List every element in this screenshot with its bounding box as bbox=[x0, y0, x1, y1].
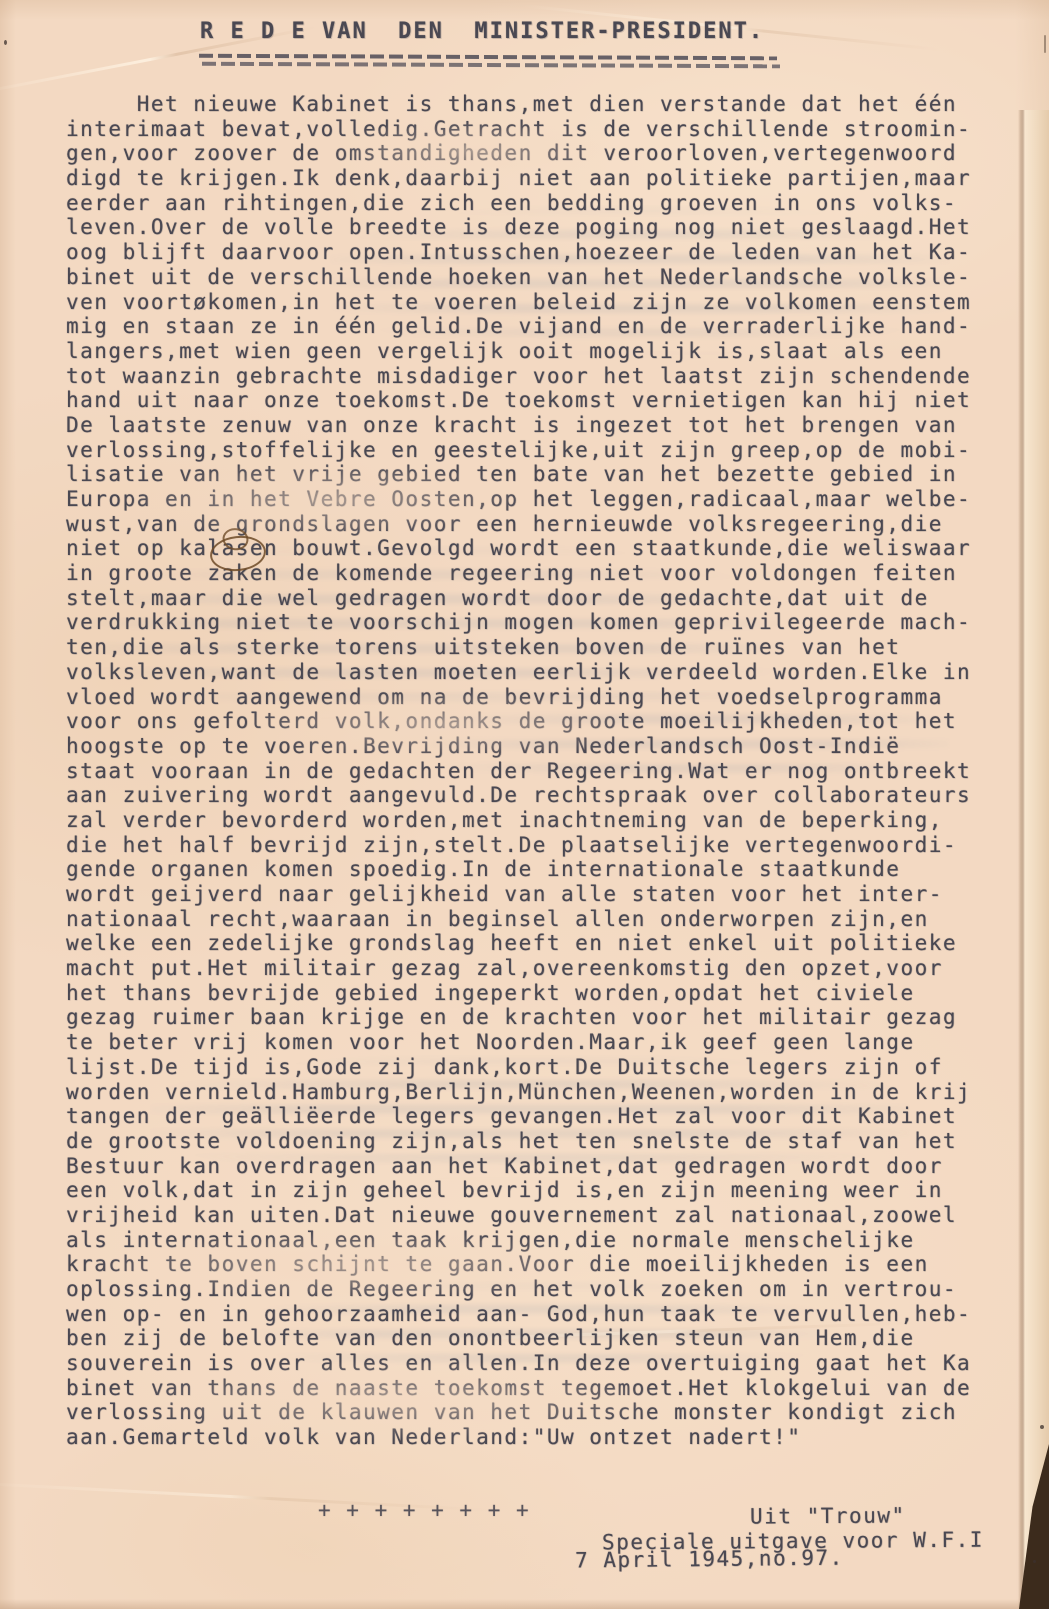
ink-speck bbox=[4, 40, 7, 45]
text-line: stelt,maar die wel gedragen wordt door d… bbox=[66, 586, 1026, 611]
text-line: binet van thans de naaste toekomst tegem… bbox=[66, 1376, 1026, 1401]
text-line: wust,van de grondslagen voor een hernieu… bbox=[66, 512, 1026, 537]
text-line: nationaal recht,waaraan in beginsel alle… bbox=[66, 907, 1026, 932]
text-line: interimaat bevat,volledig.Getracht is de… bbox=[66, 117, 1026, 142]
text-line: oplossing.Indien de Regeering en het vol… bbox=[66, 1277, 1026, 1302]
text-line: tot waanzin gebrachte misdadiger voor he… bbox=[66, 364, 1026, 389]
text-line: staat vooraan in de gedachten der Regeer… bbox=[66, 759, 1026, 784]
underline-dash-row bbox=[202, 62, 780, 69]
text-line: Bestuur kan overdragen aan het Kabinet,d… bbox=[66, 1154, 1026, 1179]
text-line: als internationaal,een taak krijgen,die … bbox=[66, 1228, 1026, 1253]
text-line: verlossing,stoffelijke en geestelijke,ui… bbox=[66, 438, 1026, 463]
text-line: leven.Over de volle breedte is deze pogi… bbox=[66, 215, 1026, 240]
text-line: aan.Gemarteld volk van Nederland:"Uw ont… bbox=[66, 1425, 1026, 1450]
text-line: lijst.De tijd is,Gode zij dank,kort.De D… bbox=[66, 1055, 1026, 1080]
text-line: de grootste voldoening zijn,als het ten … bbox=[66, 1129, 1026, 1154]
text-line: ten,die als sterke torens uitsteken bove… bbox=[66, 635, 1026, 660]
underline-dash-row bbox=[199, 54, 777, 61]
text-line: welke een zedelijke grondslag heeft en n… bbox=[66, 931, 1026, 956]
text-line: oog blijft daarvoor open.Intusschen,hoez… bbox=[66, 240, 1026, 265]
text-line: in groote zaken de komende regeering nie… bbox=[66, 561, 1026, 586]
text-line: voor ons gefolterd volk,ondanks de groot… bbox=[66, 709, 1026, 734]
text-line: zal verder bevorderd worden,met inachtne… bbox=[66, 808, 1026, 833]
text-line: ven voortøkomen,in het te voeren beleid … bbox=[66, 290, 1026, 315]
text-line: volksleven,want de lasten moeten eerlijk… bbox=[66, 660, 1026, 685]
text-line: wen op- en in gehoorzaamheid aan- God,hu… bbox=[66, 1302, 1026, 1327]
text-line: De laatste zenuw van onze kracht is inge… bbox=[66, 413, 1026, 438]
body-text: Het nieuwe Kabinet is thans,met dien ver… bbox=[66, 92, 1026, 1450]
text-line: wordt geijverd naar gelijkheid van alle … bbox=[66, 882, 1026, 907]
scan-background-corner bbox=[1019, 1444, 1049, 1609]
text-line: vloed wordt aangewend om na de bevrijdin… bbox=[66, 685, 1026, 710]
ink-speck bbox=[1033, 1560, 1036, 1563]
text-line: gezag ruimer baan krijge en de krachten … bbox=[66, 1005, 1026, 1030]
edge-mark bbox=[1044, 35, 1046, 53]
text-line: verlossing uit de klauwen van het Duitsc… bbox=[66, 1400, 1026, 1425]
footer-source: Uit "Trouw" bbox=[750, 1503, 906, 1528]
text-line: langers,met wien geen vergelijk ooit mog… bbox=[66, 339, 1026, 364]
text-line: het thans bevrijde gebied ingeperkt word… bbox=[66, 981, 1026, 1006]
separator-crosses: + + + + + + + + bbox=[318, 1498, 530, 1522]
text-line: lisatie van het vrije gebied ten bate va… bbox=[66, 462, 1026, 487]
text-line: gende organen komen spoedig.In de intern… bbox=[66, 857, 1026, 882]
text-line: gen,voor zoover de omstandigheden dit ve… bbox=[66, 141, 1026, 166]
text-line: een volk,dat in zijn geheel bevrijd is,e… bbox=[66, 1178, 1026, 1203]
text-line: verdrukking niet te voorschijn mogen kom… bbox=[66, 610, 1026, 635]
document-page: R E D E VAN DEN MINISTER-PRESIDENT. Het … bbox=[0, 0, 1049, 1609]
text-line: hoogste op te voeren.Bevrijding van Nede… bbox=[66, 734, 1026, 759]
text-line: souverein is over alles en allen.In deze… bbox=[66, 1351, 1026, 1376]
text-line: hand uit naar onze toekomst.De toekomst … bbox=[66, 388, 1026, 413]
text-line: Europa en in het Vebre Oosten,op het leg… bbox=[66, 487, 1026, 512]
text-line: digd te krijgen.Ik denk,daarbij niet aan… bbox=[66, 166, 1026, 191]
text-line: binet uit de verschillende hoeken van he… bbox=[66, 265, 1026, 290]
text-line: Het nieuwe Kabinet is thans,met dien ver… bbox=[66, 92, 1026, 117]
text-line: mig en staan ze in één gelid.De vijand e… bbox=[66, 314, 1026, 339]
text-line: vrijheid kan uiten.Dat nieuwe gouverneme… bbox=[66, 1203, 1026, 1228]
text-line: tangen der geälliëerde legers gevangen.H… bbox=[66, 1104, 1026, 1129]
text-line: eerder aan rihtingen,die zich een beddin… bbox=[66, 191, 1026, 216]
ink-speck bbox=[1040, 1425, 1044, 1429]
text-line: worden vernield.Hamburg,Berlijn,München,… bbox=[66, 1080, 1026, 1105]
document-title: R E D E VAN DEN MINISTER-PRESIDENT. bbox=[200, 19, 764, 44]
footer-date: 7 April 1945,no.97. bbox=[575, 1546, 844, 1573]
text-line: te beter vrij komen voor het Noorden.Maa… bbox=[66, 1030, 1026, 1055]
text-line: macht put.Het militair gezag zal,overeen… bbox=[66, 956, 1026, 981]
title-underline bbox=[199, 54, 777, 73]
text-line: ben zij de belofte van den onontbeerlijk… bbox=[66, 1326, 1026, 1351]
text-line: aan zuivering wordt aangevuld.De rechtsp… bbox=[66, 783, 1026, 808]
text-line: die het half bevrijd zijn,stelt.De plaat… bbox=[66, 833, 1026, 858]
text-line: kracht te boven schijnt te gaan.Voor die… bbox=[66, 1252, 1026, 1277]
